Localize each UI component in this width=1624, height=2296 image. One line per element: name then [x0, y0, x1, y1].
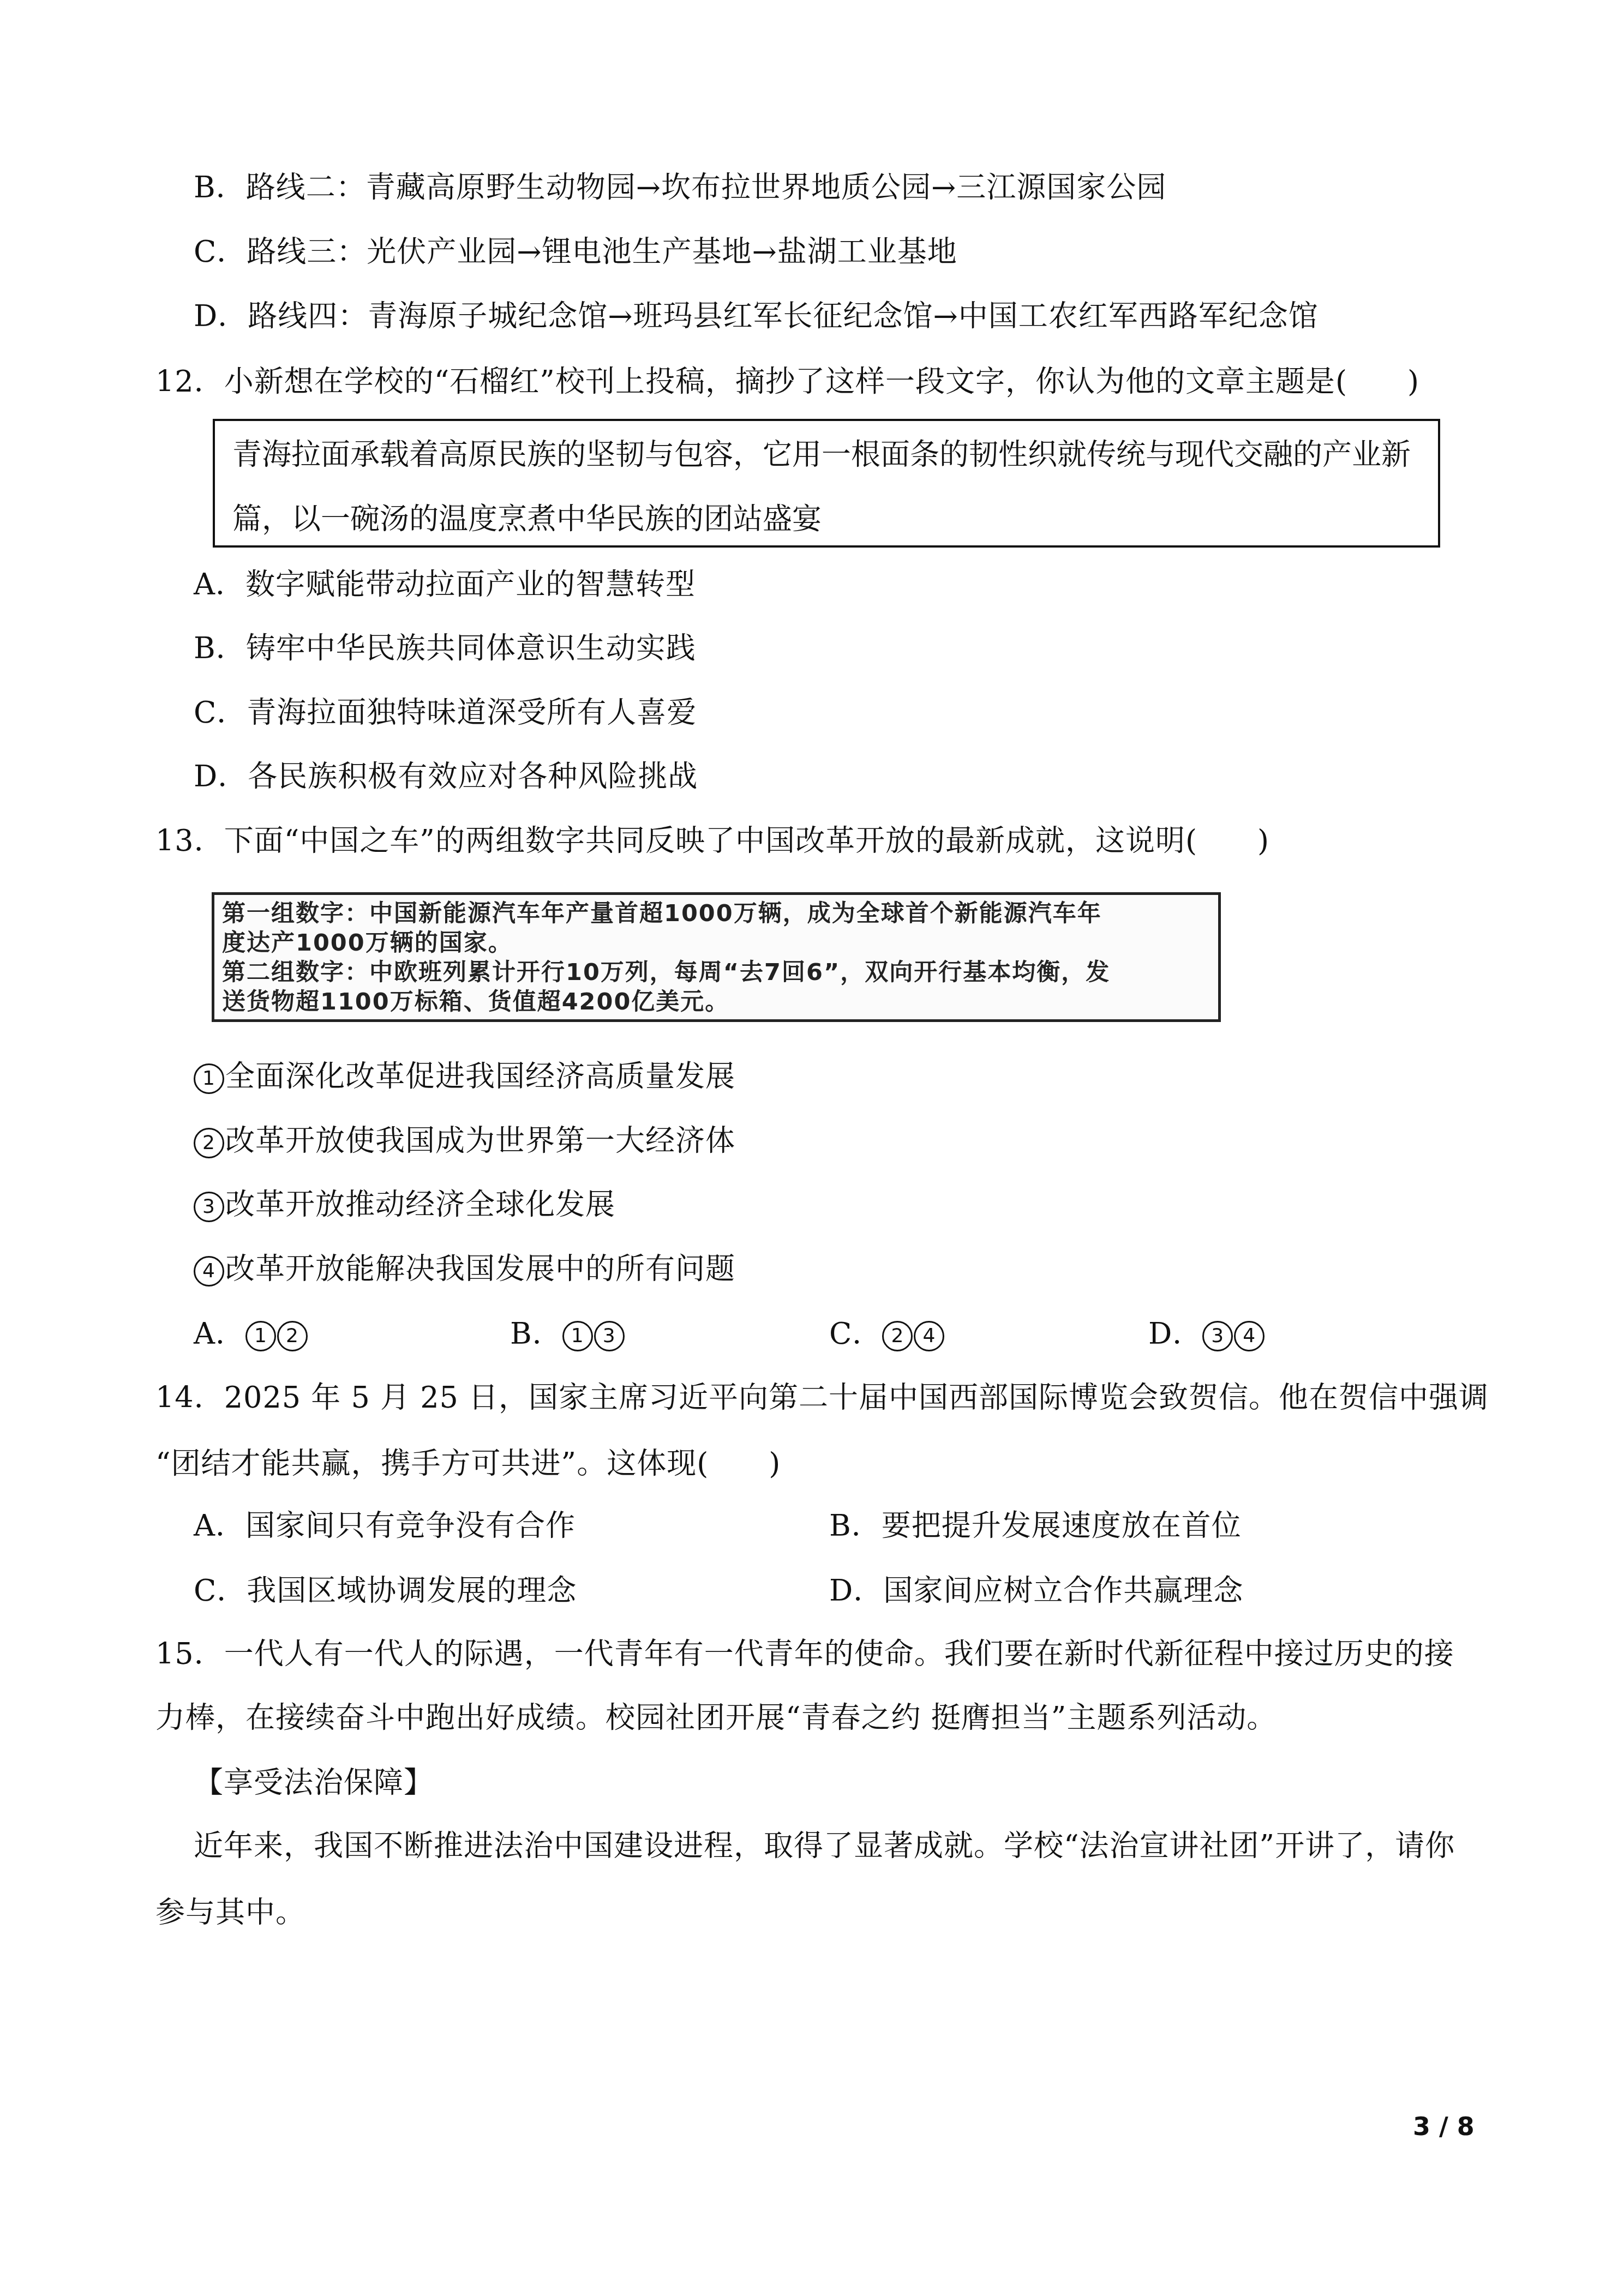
- q12-quote-box: 青海拉面承载着高原民族的坚韧与包容，它用一根面条的韧性织就传统与现代交融的产业新…: [213, 419, 1440, 548]
- q15-section-heading: 【享受法治保障】: [194, 1765, 434, 1800]
- q15-paragraph-line-2: 参与其中。: [155, 1895, 305, 1930]
- q13-item-3: 3改革开放推动经济全球化发展: [194, 1187, 615, 1222]
- circled-number: 1: [562, 1321, 593, 1351]
- circled-number-3: 3: [194, 1192, 224, 1222]
- q13-image-line-2: 度达产1000万辆的国家。: [222, 929, 513, 957]
- q15-paragraph-line-1: 近年来，我国不断推进法治中国建设进程，取得了显著成就。学校“法治宣讲社团”开讲了…: [194, 1829, 1455, 1864]
- circled-number-4: 4: [194, 1256, 224, 1287]
- q14-option-a: A．国家间只有竞争没有合作: [194, 1508, 576, 1543]
- q13-stem: 13．下面“中国之车”的两组数字共同反映了中国改革开放的最新成就，这说明( ): [155, 824, 1269, 858]
- circled-number: 3: [1202, 1321, 1233, 1351]
- q12-stem: 12．小新想在学校的“石榴红”校刊上投稿，摘抄了这样一段文字，你认为他的文章主题…: [155, 364, 1419, 399]
- q13-option-d: D．34: [1148, 1317, 1266, 1351]
- q14-stem-line-2: “团结才能共赢，携手方可共进”。这体现( ): [155, 1446, 781, 1481]
- q11-option-b: B．路线二：青藏高原野生动物园→坎布拉世界地质公园→三江源国家公园: [194, 170, 1166, 205]
- option-label: C．: [829, 1317, 882, 1351]
- page-number: 3 / 8: [1413, 2112, 1475, 2141]
- circled-number: 3: [594, 1321, 625, 1351]
- q12-option-a: A．数字赋能带动拉面产业的智慧转型: [194, 567, 696, 602]
- q15-stem-line-1: 15．一代人有一代人的际遇，一代青年有一代青年的使命。我们要在新时代新征程中接过…: [155, 1637, 1454, 1672]
- q13-item-1-text: 全面深化改革促进我国经济高质量发展: [225, 1059, 735, 1093]
- q12-quote-line-1: 青海拉面承载着高原民族的坚韧与包容，它用一根面条的韧性织就传统与现代交融的产业新: [232, 437, 1411, 472]
- q13-option-b: B．13: [510, 1317, 626, 1351]
- circled-number-1: 1: [194, 1063, 224, 1094]
- q15-stem-line-2: 力棒，在接续奋斗中跑出好成绩。校园社团开展“青春之约 挺膺担当”主题系列活动。: [155, 1700, 1277, 1735]
- q13-item-2: 2改革开放使我国成为世界第一大经济体: [194, 1123, 735, 1158]
- q13-image-line-3: 第二组数字：中欧班列累计开行10万列，每周“去7回6”，双向开行基本均衡，发: [222, 958, 1110, 987]
- q11-option-d: D．路线四：青海原子城纪念馆→班玛县红军长征纪念馆→中国工农红军西路军纪念馆: [194, 299, 1319, 334]
- option-label: A．: [194, 1317, 245, 1351]
- q13-option-c: C．24: [829, 1317, 945, 1351]
- q12-option-b: B．铸牢中华民族共同体意识生动实践: [194, 631, 696, 666]
- option-label: D．: [1148, 1317, 1202, 1351]
- circled-number: 4: [1234, 1321, 1265, 1351]
- circled-number: 1: [245, 1321, 276, 1351]
- option-label: B．: [510, 1317, 562, 1351]
- q12-option-d: D．各民族积极有效应对各种风险挑战: [194, 759, 698, 794]
- q13-item-3-text: 改革开放推动经济全球化发展: [225, 1187, 615, 1222]
- q14-option-d: D．国家间应树立合作共赢理念: [829, 1573, 1243, 1608]
- q13-image-line-1: 第一组数字：中国新能源汽车年产量首超1000万辆，成为全球首个新能源汽车年: [222, 899, 1102, 928]
- q13-item-4-text: 改革开放能解决我国发展中的所有问题: [225, 1252, 735, 1286]
- circled-number: 4: [914, 1321, 944, 1351]
- q12-quote-line-2: 篇，以一碗汤的温度烹煮中华民族的团站盛宴: [232, 502, 822, 537]
- circled-number: 2: [277, 1321, 308, 1351]
- q13-image-line-4: 送货物超1100万标箱、货值超4200亿美元。: [222, 988, 729, 1016]
- q12-option-c: C．青海拉面独特味道深受所有人喜爱: [194, 695, 697, 730]
- q13-item-4: 4改革开放能解决我国发展中的所有问题: [194, 1252, 735, 1287]
- q13-item-1: 1全面深化改革促进我国经济高质量发展: [194, 1059, 735, 1094]
- circled-number: 2: [882, 1321, 913, 1351]
- q13-option-a: A．12: [194, 1317, 309, 1351]
- circled-number-2: 2: [194, 1128, 224, 1158]
- q14-stem-line-1: 14．2025 年 5 月 25 日，国家主席习近平向第二十届中国西部国际博览会…: [155, 1380, 1489, 1415]
- q13-data-image: 第一组数字：中国新能源汽车年产量首超1000万辆，成为全球首个新能源汽车年 度达…: [212, 892, 1221, 1022]
- q14-option-b: B．要把提升发展速度放在首位: [829, 1508, 1242, 1543]
- q11-option-c: C．路线三：光伏产业园→锂电池生产基地→盐湖工业基地: [194, 235, 957, 269]
- q13-item-2-text: 改革开放使我国成为世界第一大经济体: [225, 1123, 735, 1158]
- q14-option-c: C．我国区域协调发展的理念: [194, 1573, 577, 1608]
